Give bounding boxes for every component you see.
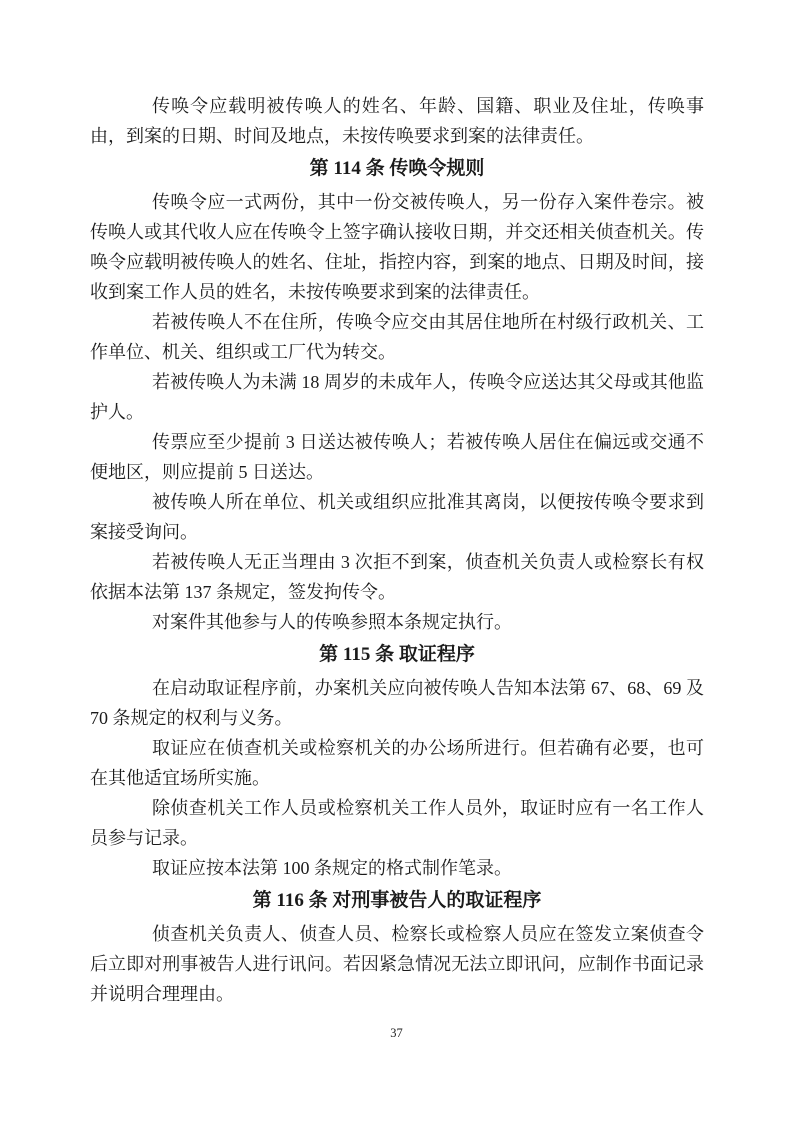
paragraph-defendant-interrogation: 侦查机关负责人、侦查人员、检察长或检察人员应在签发立案侦查令后立即对刑事被告人进… <box>90 919 704 1009</box>
paragraph-summons-leave-approval: 被传唤人所在单位、机关或组织应批准其离岗，以便按传唤令要求到案接受询问。 <box>90 487 704 547</box>
article-heading-115: 第 115 条 取证程序 <box>90 640 704 670</box>
paragraph-evidence-record-format: 取证应按本法第 100 条规定的格式制作笔录。 <box>90 853 704 883</box>
paragraph-summons-absent: 若被传唤人不在住所，传唤令应交由其居住地所在村级行政机关、工作单位、机关、组织或… <box>90 307 704 367</box>
paragraph-evidence-rights-notice: 在启动取证程序前，办案机关应向被传唤人告知本法第 67、68、69 及 70 条… <box>90 673 704 733</box>
paragraph-summons-other-participants: 对案件其他参与人的传唤参照本条规定执行。 <box>90 607 704 637</box>
paragraph-evidence-location: 取证应在侦查机关或检察机关的办公场所进行。但若确有必要，也可在其他适宜场所实施。 <box>90 733 704 793</box>
document-page: 传唤令应载明被传唤人的姓名、年龄、国籍、职业及住址，传唤事由，到案的日期、时间及… <box>0 0 793 1122</box>
article-heading-116: 第 116 条 对刑事被告人的取证程序 <box>90 886 704 916</box>
paragraph-summons-copies: 传唤令应一式两份，其中一份交被传唤人，另一份存入案件卷宗。被传唤人或其代收人应在… <box>90 187 704 307</box>
page-number: 37 <box>0 1026 793 1041</box>
paragraph-evidence-recorder: 除侦查机关工作人员或检察机关工作人员外，取证时应有一名工作人员参与记录。 <box>90 793 704 853</box>
article-heading-114: 第 114 条 传唤令规则 <box>90 154 704 184</box>
paragraph-summons-refusal: 若被传唤人无正当理由 3 次拒不到案，侦查机关负责人或检察长有权依据本法第 13… <box>90 547 704 607</box>
paragraph-summons-minor: 若被传唤人为未满 18 周岁的未成年人，传唤令应送达其父母或其他监护人。 <box>90 367 704 427</box>
paragraph-summons-delivery-time: 传票应至少提前 3 日送达被传唤人；若被传唤人居住在偏远或交通不便地区，则应提前… <box>90 427 704 487</box>
paragraph-summons-content: 传唤令应载明被传唤人的姓名、年龄、国籍、职业及住址，传唤事由，到案的日期、时间及… <box>90 91 704 151</box>
document-body: 传唤令应载明被传唤人的姓名、年龄、国籍、职业及住址，传唤事由，到案的日期、时间及… <box>90 91 704 1009</box>
